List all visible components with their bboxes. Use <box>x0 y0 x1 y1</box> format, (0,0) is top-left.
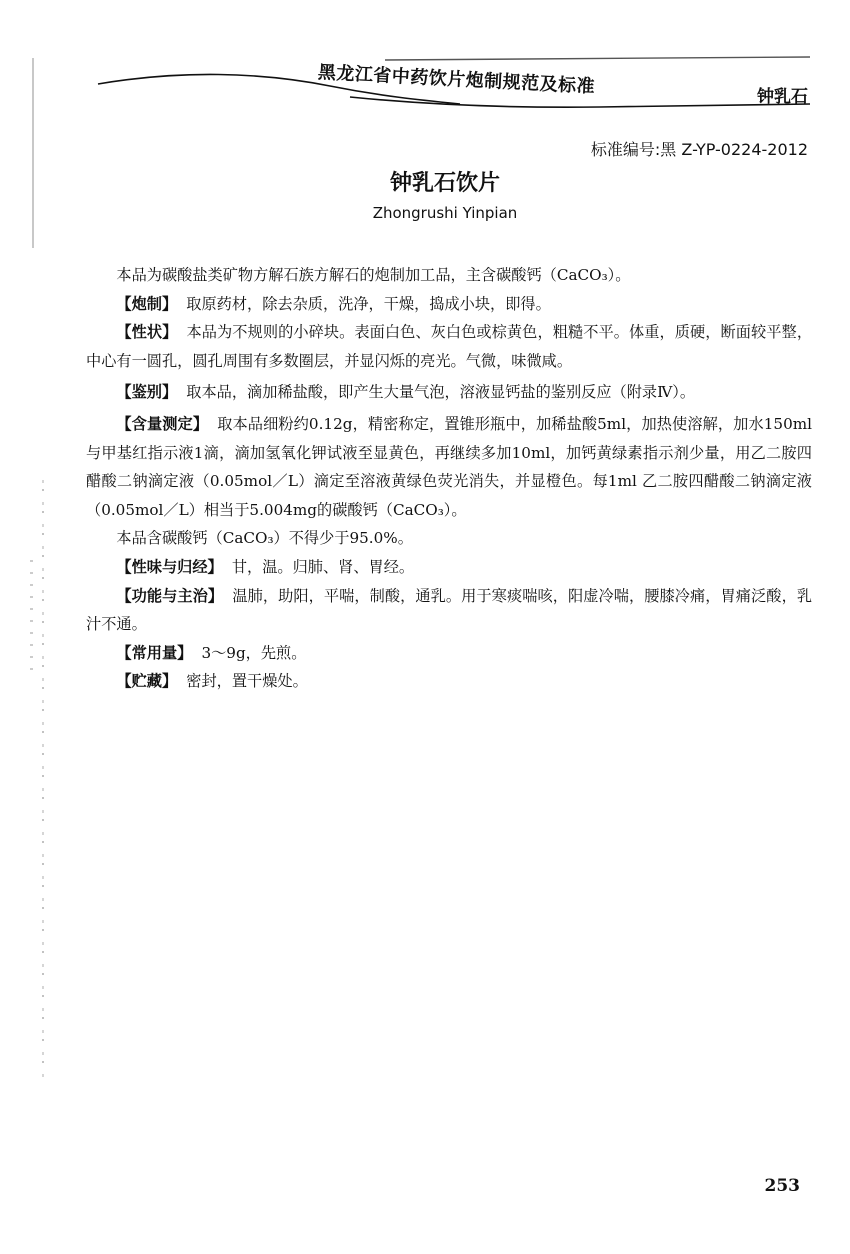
section-intro: 本品为碳酸盐类矿物方解石族方解石的炮制加工品，主含碳酸钙（CaCO₃）。 <box>86 261 812 290</box>
running-item-name: 钟乳石 <box>757 82 808 107</box>
scan-artifact-dots-2 <box>30 560 33 680</box>
section-nature-meridian: 【性味与归经】甘，温。归肺、肾、胃经。 <box>86 553 812 582</box>
section-text: 取原药材，除去杂质，洗净，干燥，捣成小块，即得。 <box>186 295 551 313</box>
page-number: 253 <box>765 1176 801 1196</box>
section-tag: 【炮制】 <box>116 295 177 313</box>
section-assay: 【含量测定】取本品细粉约0.12g，精密称定，置锥形瓶中，加稀盐酸5ml，加热使… <box>86 410 812 524</box>
section-functions-indications: 【功能与主治】温肺，助阳，平喘，制酸，通乳。用于寒痰喘咳，阳虚冷喘，腰膝冷痛，胃… <box>86 582 812 639</box>
section-tag: 【鉴别】 <box>116 383 177 401</box>
monograph-body: 本品为碳酸盐类矿物方解石族方解石的炮制加工品，主含碳酸钙（CaCO₃）。 【炮制… <box>86 261 812 696</box>
section-storage: 【贮藏】密封，置干燥处。 <box>86 667 812 696</box>
section-identification: 【鉴别】取本品，滴加稀盐酸，即产生大量气泡，溶液显钙盐的鉴别反应（附录Ⅳ）。 <box>86 378 812 407</box>
section-text: 本品为碳酸盐类矿物方解石族方解石的炮制加工品，主含碳酸钙（CaCO₃）。 <box>116 266 630 284</box>
section-description: 【性状】本品为不规则的小碎块。表面白色、灰白色或棕黄色，粗糙不平。体重，质硬，断… <box>86 318 812 375</box>
section-text: 密封，置干燥处。 <box>186 672 308 690</box>
section-tag: 【功能与主治】 <box>116 587 223 605</box>
section-text: 本品为不规则的小碎块。表面白色、灰白色或棕黄色，粗糙不平。体重，质硬，断面较平整… <box>86 323 812 370</box>
section-processing: 【炮制】取原药材，除去杂质，洗净，干燥，捣成小块，即得。 <box>86 290 812 319</box>
section-dosage: 【常用量】3～9g，先煎。 <box>86 639 812 668</box>
section-text: 甘，温。归肺、肾、胃经。 <box>232 558 414 576</box>
page-subtitle-pinyin: Zhongrushi Yinpian <box>0 204 850 222</box>
section-tag: 【性味与归经】 <box>116 558 222 576</box>
scan-artifact-dots <box>42 480 44 1080</box>
section-tag: 【性状】 <box>116 323 177 341</box>
section-text: 3～9g，先煎。 <box>201 644 306 662</box>
section-content-limit: 本品含碳酸钙（CaCO₃）不得少于95.0%。 <box>86 524 812 553</box>
page-title: 钟乳石饮片 <box>0 166 850 197</box>
standard-number: 标准编号:黑 Z-YP-0224-2012 <box>591 137 808 160</box>
section-tag: 【常用量】 <box>116 644 192 662</box>
section-text: 取本品，滴加稀盐酸，即产生大量气泡，溶液显钙盐的鉴别反应（附录Ⅳ）。 <box>186 383 695 401</box>
section-tag: 【贮藏】 <box>116 672 177 690</box>
section-text: 本品含碳酸钙（CaCO₃）不得少于95.0%。 <box>116 529 413 547</box>
header-rule-curve <box>0 0 850 120</box>
section-tag: 【含量测定】 <box>116 415 208 433</box>
